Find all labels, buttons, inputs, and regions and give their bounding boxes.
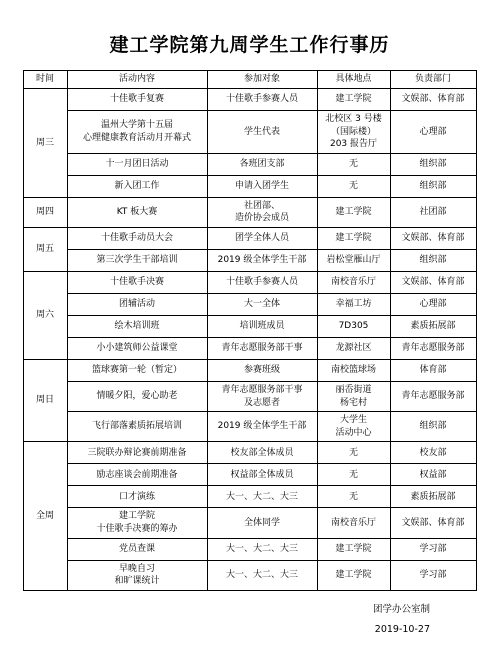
col-header-activity: 活动内容 [67, 71, 207, 89]
cell-department: 素质拓展部 [390, 486, 476, 508]
cell-activity: 十佳歌手动员大会 [67, 227, 207, 249]
cell-activity: 十佳歌手复赛 [67, 89, 207, 111]
cell-location: 建工学院 [317, 538, 390, 560]
time-cell: 周日 [23, 359, 67, 441]
cell-participants: 社团部、 造价协会成员 [207, 197, 317, 227]
table-row: 周四KT 板大赛社团部、 造价协会成员建工学院社团部 [23, 197, 476, 227]
cell-participants: 申请入团学生 [207, 175, 317, 197]
header-row: 时间 活动内容 参加对象 具体地点 负责部门 [23, 71, 476, 89]
cell-location: 建工学院 [317, 227, 390, 249]
time-cell: 全周 [23, 442, 67, 590]
cell-location: 大学生 活动中心 [317, 412, 390, 442]
cell-department: 校友部 [390, 442, 476, 464]
table-row: 口才演练大一、大二、大三无素质拓展部 [23, 486, 476, 508]
cell-department: 心理部 [390, 293, 476, 315]
cell-location: 无 [317, 153, 390, 175]
cell-participants: 十佳歌手参赛人员 [207, 89, 317, 111]
document-page: 建工学院第九周学生工作行事历 时间 活动内容 参加对象 具体地点 负责部门 周三… [0, 0, 499, 667]
cell-participants: 2019 级全体学生干部 [207, 412, 317, 442]
cell-department: 组织部 [390, 153, 476, 175]
cell-location: 无 [317, 175, 390, 197]
cell-department: 青年志愿服务部 [390, 337, 476, 359]
cell-department: 心理部 [390, 111, 476, 154]
cell-participants: 各班团支部 [207, 153, 317, 175]
cell-department: 素质拓展部 [390, 315, 476, 337]
cell-location: 幸福工坊 [317, 293, 390, 315]
cell-participants: 大一、大二、大三 [207, 538, 317, 560]
footer: 团学办公室制 2019-10-27 [0, 604, 499, 636]
cell-location: 丽岙街道 杨宅村 [317, 381, 390, 411]
cell-activity: 团辅活动 [67, 293, 207, 315]
cell-activity: 十佳歌手决赛 [67, 271, 207, 293]
table-row: 党员查课大一、大二、大三建工学院学习部 [23, 538, 476, 560]
cell-department: 体育部 [390, 359, 476, 381]
cell-location: 龙源社区 [317, 337, 390, 359]
cell-participants: 学生代表 [207, 111, 317, 154]
cell-location: 7D305 [317, 315, 390, 337]
time-cell: 周五 [23, 227, 67, 271]
time-cell: 周四 [23, 197, 67, 227]
table-row: 第三次学生干部培训2019 级全体学生干部岩松堂雁山厅组织部 [23, 249, 476, 271]
cell-location: 建工学院 [317, 197, 390, 227]
cell-activity: 党员查课 [67, 538, 207, 560]
col-header-department: 负责部门 [390, 71, 476, 89]
cell-department: 文娱部、体育部 [390, 508, 476, 538]
cell-participants: 青年志愿服务部干事 及志愿者 [207, 381, 317, 411]
table-row: 周六十佳歌手决赛十佳歌手参赛人员南校音乐厅文娱部、体育部 [23, 271, 476, 293]
table-row: 飞行部落素质拓展培训2019 级全体学生干部大学生 活动中心组织部 [23, 412, 476, 442]
table-row: 建工学院 十佳歌手决赛的筹办全体同学南校音乐厅文娱部、体育部 [23, 508, 476, 538]
cell-activity: 新入团工作 [67, 175, 207, 197]
cell-activity: 三院联办辩论赛前期准备 [67, 442, 207, 464]
cell-location: 南校音乐厅 [317, 508, 390, 538]
cell-department: 文娱部、体育部 [390, 271, 476, 293]
table-body: 周三十佳歌手复赛十佳歌手参赛人员建工学院文娱部、体育部温州大学第十五届 心理健康… [23, 89, 476, 591]
cell-department: 组织部 [390, 249, 476, 271]
cell-participants: 校友部全体成员 [207, 442, 317, 464]
table-row: 周日篮球赛第一轮（暂定）参赛班级南校篮球场体育部 [23, 359, 476, 381]
cell-participants: 培训班成员 [207, 315, 317, 337]
table-row: 十一月团日活动各班团支部无组织部 [23, 153, 476, 175]
cell-participants: 大一、大二、大三 [207, 486, 317, 508]
table-row: 团辅活动大一全体幸福工坊心理部 [23, 293, 476, 315]
cell-participants: 青年志愿服务部干事 [207, 337, 317, 359]
table-row: 早晚自习 和旷课统计大一、大二、大三建工学院学习部 [23, 560, 476, 590]
cell-participants: 大一全体 [207, 293, 317, 315]
cell-department: 组织部 [390, 412, 476, 442]
cell-department: 学习部 [390, 560, 476, 590]
table-row: 周五十佳歌手动员大会团学全体人员建工学院文娱部、体育部 [23, 227, 476, 249]
cell-activity: KT 板大赛 [67, 197, 207, 227]
cell-activity: 早晚自习 和旷课统计 [67, 560, 207, 590]
cell-activity: 十一月团日活动 [67, 153, 207, 175]
cell-activity: 小小建筑师公益课堂 [67, 337, 207, 359]
time-cell: 周六 [23, 271, 67, 359]
cell-department: 社团部 [390, 197, 476, 227]
table-row: 励志座谈会前期准备权益部全体成员无权益部 [23, 464, 476, 486]
footer-date: 2019-10-27 [0, 624, 430, 635]
cell-activity: 情暖夕阳，爱心助老 [67, 381, 207, 411]
cell-participants: 权益部全体成员 [207, 464, 317, 486]
table-row: 温州大学第十五届 心理健康教育活动月开幕式学生代表北校区 3 号楼 （国际楼） … [23, 111, 476, 154]
cell-department: 文娱部、体育部 [390, 227, 476, 249]
cell-activity: 口才演练 [67, 486, 207, 508]
cell-department: 组织部 [390, 175, 476, 197]
cell-department: 青年志愿服务部 [390, 381, 476, 411]
cell-activity: 绘木培训班 [67, 315, 207, 337]
table-row: 绘木培训班培训班成员7D305素质拓展部 [23, 315, 476, 337]
cell-department: 文娱部、体育部 [390, 89, 476, 111]
issuer-text: 团学办公室制 [0, 604, 430, 615]
cell-location: 无 [317, 442, 390, 464]
cell-activity: 励志座谈会前期准备 [67, 464, 207, 486]
schedule-table: 时间 活动内容 参加对象 具体地点 负责部门 周三十佳歌手复赛十佳歌手参赛人员建… [23, 70, 477, 591]
table-row: 小小建筑师公益课堂青年志愿服务部干事龙源社区青年志愿服务部 [23, 337, 476, 359]
col-header-time: 时间 [23, 71, 67, 89]
cell-location: 建工学院 [317, 560, 390, 590]
cell-participants: 参赛班级 [207, 359, 317, 381]
cell-location: 南校音乐厅 [317, 271, 390, 293]
cell-location: 无 [317, 486, 390, 508]
cell-location: 南校篮球场 [317, 359, 390, 381]
time-cell: 周三 [23, 89, 67, 198]
cell-participants: 大一、大二、大三 [207, 560, 317, 590]
cell-location: 北校区 3 号楼 （国际楼） 203 报告厅 [317, 111, 390, 154]
cell-location: 无 [317, 464, 390, 486]
cell-participants: 全体同学 [207, 508, 317, 538]
cell-participants: 2019 级全体学生干部 [207, 249, 317, 271]
cell-activity: 第三次学生干部培训 [67, 249, 207, 271]
cell-location: 建工学院 [317, 89, 390, 111]
col-header-location: 具体地点 [317, 71, 390, 89]
col-header-participants: 参加对象 [207, 71, 317, 89]
table-row: 新入团工作申请入团学生无组织部 [23, 175, 476, 197]
cell-participants: 十佳歌手参赛人员 [207, 271, 317, 293]
cell-department: 学习部 [390, 538, 476, 560]
cell-location: 岩松堂雁山厅 [317, 249, 390, 271]
cell-activity: 飞行部落素质拓展培训 [67, 412, 207, 442]
table-row: 情暖夕阳，爱心助老青年志愿服务部干事 及志愿者丽岙街道 杨宅村青年志愿服务部 [23, 381, 476, 411]
cell-participants: 团学全体人员 [207, 227, 317, 249]
cell-activity: 建工学院 十佳歌手决赛的筹办 [67, 508, 207, 538]
table-row: 周三十佳歌手复赛十佳歌手参赛人员建工学院文娱部、体育部 [23, 89, 476, 111]
page-title: 建工学院第九周学生工作行事历 [0, 0, 499, 70]
cell-department: 权益部 [390, 464, 476, 486]
cell-activity: 温州大学第十五届 心理健康教育活动月开幕式 [67, 111, 207, 154]
cell-activity: 篮球赛第一轮（暂定） [67, 359, 207, 381]
table-row: 全周三院联办辩论赛前期准备校友部全体成员无校友部 [23, 442, 476, 464]
